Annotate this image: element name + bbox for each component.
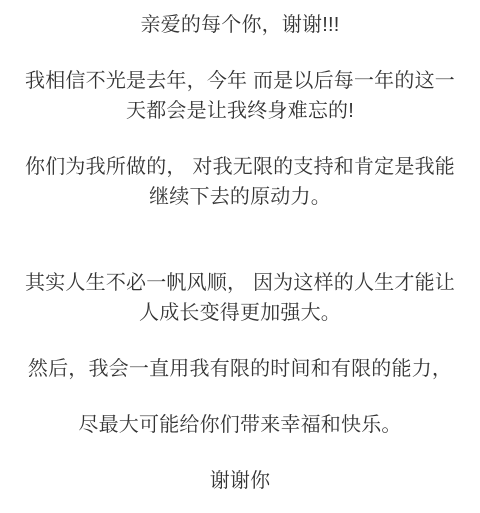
letter-line: 然后，我会一直用我有限的时间和有限的能力，	[28, 358, 452, 380]
letter-paragraph-life-lesson: 其实人生不必一帆风顺， 因为这样的人生才能让 人成长变得更加强大。	[15, 268, 465, 328]
letter-paragraph-promise: 然后，我会一直用我有限的时间和有限的能力，	[15, 354, 465, 384]
letter-line: 亲爱的每个你，谢谢!!!	[140, 14, 339, 36]
letter-line: 尽最大可能给你们带来幸福和快乐。	[78, 414, 401, 436]
letter-line: 其实人生不必一帆风顺， 因为这样的人生才能让	[15, 268, 465, 298]
letter-paragraph-unforgettable-day: 我相信不光是去年，今年 而是以后每一年的这一 天都会是让我终身难忘的!	[15, 66, 465, 126]
letter-paragraph-greeting: 亲爱的每个你，谢谢!!!	[15, 10, 465, 40]
letter-line: 你们为我所做的， 对我无限的支持和肯定是我能	[15, 152, 465, 182]
letter-paragraph-closing: 谢谢你	[15, 466, 465, 496]
letter-line: 天都会是让我终身难忘的!	[15, 96, 465, 126]
letter-paragraph-support: 你们为我所做的， 对我无限的支持和肯定是我能 继续下去的原动力。	[15, 152, 465, 212]
letter-line: 人成长变得更加强大。	[15, 298, 465, 328]
letter-line: 继续下去的原动力。	[15, 182, 465, 212]
letter-paragraph-happiness: 尽最大可能给你们带来幸福和快乐。	[15, 410, 465, 440]
letter-line: 我相信不光是去年，今年 而是以后每一年的这一	[15, 66, 465, 96]
thank-you-letter: 亲爱的每个你，谢谢!!! 我相信不光是去年，今年 而是以后每一年的这一 天都会是…	[0, 0, 480, 513]
letter-line: 谢谢你	[210, 470, 271, 492]
